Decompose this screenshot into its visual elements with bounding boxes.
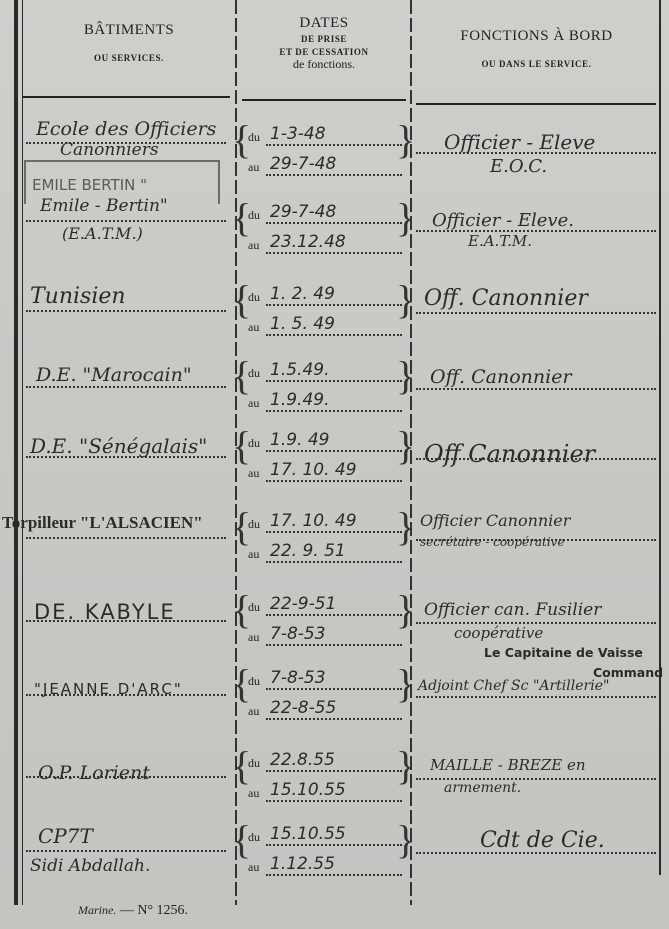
header-batiments-title: BÂTIMENTS (24, 22, 234, 39)
function-underline (416, 852, 656, 854)
service-underline (26, 620, 226, 622)
service-name: D.E. "Marocain" (36, 364, 192, 386)
header-rule-2 (242, 99, 406, 101)
date-from-label: du (248, 756, 260, 771)
function-text: MAILLE - BREZE en (430, 756, 586, 774)
service-name: O.P. Lorient (38, 762, 150, 784)
header-batiments: BÂTIMENTS OU SERVICES. (24, 22, 234, 63)
header-dates-line4: de fonctions. (238, 57, 410, 72)
date-from: 22-9-51 (270, 594, 336, 614)
function-underline (416, 458, 656, 460)
date-underline (266, 644, 402, 646)
service-name: Sidi Abdallah. (30, 856, 150, 876)
date-from-label: du (248, 290, 260, 305)
date-to-label: au (248, 786, 259, 801)
date-from-label: du (248, 600, 260, 615)
date-underline (266, 614, 402, 616)
service-underline (26, 142, 226, 144)
date-to-label: au (248, 630, 259, 645)
date-from-label: du (248, 366, 260, 381)
service-name: Torpilleur "L'ALSACIEN" (2, 513, 203, 533)
date-to: 1. 5. 49 (270, 314, 335, 334)
function-underline (416, 622, 656, 624)
stamp-text: EMILE BERTIN " (32, 176, 147, 194)
brace-right: } (396, 280, 415, 320)
service-name: Emile - Bertin" (40, 196, 168, 216)
date-to: 22-8-55 (270, 698, 336, 718)
date-to: 7-8-53 (270, 624, 326, 644)
register-page: BÂTIMENTS OU SERVICES. DATES DE PRISE ET… (0, 0, 669, 929)
date-from: 22.8.55 (270, 750, 335, 770)
date-from: 1.9. 49 (270, 430, 329, 450)
date-to: 22. 9. 51 (270, 541, 346, 561)
brace-right: } (396, 356, 415, 396)
service-underline (26, 386, 226, 388)
date-underline (266, 800, 402, 802)
date-underline (266, 531, 402, 533)
service-underline (26, 310, 226, 312)
header-batiments-subtitle: OU SERVICES. (24, 53, 234, 63)
service-name: Tunisien (30, 284, 126, 309)
date-underline (266, 688, 402, 690)
date-to-label: au (248, 160, 259, 175)
service-underline (26, 220, 226, 222)
function-text: Officier - Eleve (444, 130, 595, 154)
function-text: E.O.C. (490, 156, 547, 177)
form-footer: Marine. — N° 1256. (78, 903, 188, 919)
service-name: Ecole des Officiers (36, 118, 216, 140)
date-from-label: du (248, 674, 260, 689)
date-underline (266, 844, 402, 846)
function-text: Off. Canonnier (430, 366, 572, 388)
service-underline (26, 776, 226, 778)
date-from-label: du (248, 208, 260, 223)
header-rule-1 (22, 96, 230, 98)
date-to-label: au (248, 320, 259, 335)
service-underline (26, 456, 226, 458)
typed-stamp-line1: Le Capitaine de Vaisse (484, 645, 643, 660)
date-underline (266, 874, 402, 876)
date-to-label: au (248, 704, 259, 719)
brace-right: } (396, 120, 415, 160)
date-underline (266, 561, 402, 563)
right-rule (659, 0, 661, 875)
date-to-label: au (248, 547, 259, 562)
brace-right: } (396, 590, 415, 630)
date-underline (266, 450, 402, 452)
brace-right: } (396, 820, 415, 860)
date-underline (266, 380, 402, 382)
date-from: 1. 2. 49 (270, 284, 335, 304)
date-from: 15.10.55 (270, 824, 346, 844)
function-text: Officier Canonnier (420, 511, 570, 530)
date-from: 7-8-53 (270, 668, 326, 688)
function-text: Off. Canonnier (424, 286, 588, 311)
function-text: Officier - Eleve. (432, 210, 574, 231)
date-underline (266, 770, 402, 772)
function-underline (416, 778, 656, 780)
date-to: 1.9.49. (270, 390, 329, 410)
function-text: Cdt de Cie. (480, 828, 605, 853)
brace-right: } (396, 746, 415, 786)
footer-number: N° 1256. (137, 903, 188, 918)
date-to-label: au (248, 466, 259, 481)
header-fonctions: FONCTIONS À BORD OU DANS LE SERVICE. (414, 28, 659, 69)
header-dates-line3: ET DE CESSATION (238, 47, 410, 57)
date-from: 17. 10. 49 (270, 511, 357, 531)
date-underline (266, 174, 402, 176)
footer-dash: — (120, 903, 134, 918)
header-fonctions-subtitle: OU DANS LE SERVICE. (414, 59, 659, 69)
service-name: (E.A.T.M.) (62, 224, 143, 243)
left-margin-rule-thin (22, 0, 23, 905)
date-underline (266, 144, 402, 146)
date-to: 23.12.48 (270, 232, 346, 252)
date-underline (266, 304, 402, 306)
brace-right: } (396, 507, 415, 547)
header-dates-line2: DE PRISE (238, 34, 410, 44)
service-underline (26, 537, 226, 539)
function-underline (416, 312, 656, 314)
date-to: 29-7-48 (270, 154, 336, 174)
date-to-label: au (248, 238, 259, 253)
date-to-label: au (248, 860, 259, 875)
date-from-label: du (248, 517, 260, 532)
left-margin-rule (14, 0, 18, 905)
function-text: Adjoint Chef Sc "Artillerie" (418, 678, 609, 694)
date-underline (266, 410, 402, 412)
function-underline (416, 152, 656, 154)
function-underline (416, 230, 656, 232)
header-dates: DATES DE PRISE ET DE CESSATION de foncti… (238, 15, 410, 72)
brace-right: } (396, 198, 415, 238)
date-from-label: du (248, 130, 260, 145)
date-to-label: au (248, 396, 259, 411)
function-text: secrétaire - coopérative (420, 535, 565, 549)
date-underline (266, 334, 402, 336)
footer-prefix: Marine. (78, 903, 116, 917)
brace-right: } (396, 664, 415, 704)
function-text: Officier can. Fusilier (424, 600, 601, 620)
date-underline (266, 252, 402, 254)
function-text: E.A.T.M. (468, 232, 532, 250)
header-rule-3 (416, 103, 656, 105)
date-to: 15.10.55 (270, 780, 346, 800)
date-from: 29-7-48 (270, 202, 336, 222)
date-underline (266, 718, 402, 720)
date-underline (266, 222, 402, 224)
brace-right: } (396, 426, 415, 466)
function-underline (416, 388, 656, 390)
function-underline (416, 539, 656, 541)
service-underline (26, 694, 226, 696)
date-from-label: du (248, 830, 260, 845)
date-from: 1.5.49. (270, 360, 329, 380)
function-text: coopérative (454, 624, 543, 642)
date-to: 1.12.55 (270, 854, 335, 874)
service-underline (26, 850, 226, 852)
date-from-label: du (248, 436, 260, 451)
function-text: Off Canonnier (424, 440, 595, 468)
function-underline (416, 696, 656, 698)
service-name: D.E. "Sénégalais" (30, 434, 207, 458)
date-to: 17. 10. 49 (270, 460, 357, 480)
date-from: 1-3-48 (270, 124, 326, 144)
function-text: armement. (444, 780, 521, 796)
header-dates-title: DATES (238, 15, 410, 32)
date-underline (266, 480, 402, 482)
header-fonctions-title: FONCTIONS À BORD (414, 28, 659, 45)
service-name: CP7T (38, 824, 93, 848)
